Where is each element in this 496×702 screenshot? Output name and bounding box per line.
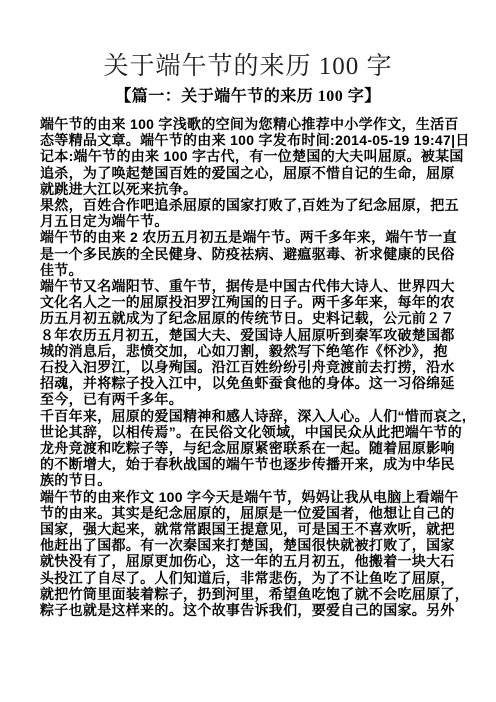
body-line: 龙舟竞渡和吃粽子等，与纪念屈原紧密联系在一起。随着屈原影响 xyxy=(40,440,460,456)
body-line: 就快没有了，屈原更加伤心，这一年的五月初五，他搬着一块大石 xyxy=(40,553,460,569)
body-line: 他赶出了国都。有一次秦国来打楚国，楚国很快就被打败了，国家 xyxy=(40,537,460,553)
body-line: 就把竹筒里面装着粽子，扔到河里，希望鱼吃饱了就不会吃屈原了， xyxy=(40,586,460,602)
document-subtitle: 【篇一：关于端午节的来历 100 字】 xyxy=(0,84,496,108)
body-line: 至今，已有两千多年。 xyxy=(40,391,460,407)
body-line: 佳节。 xyxy=(40,262,460,278)
body-line: 招魂，并将粽子投入江中，以免鱼虾蚕食他的身体。这一习俗绵延 xyxy=(40,375,460,391)
body-line: 头投江了自尽了。人们知道后，非常悲伤，为了不让鱼吃了屈原， xyxy=(40,570,460,586)
body-line: 的不断增大，始于春秋战国的端午节也逐步传播开来，成为中华民 xyxy=(40,456,460,472)
body-line: 态等精品文章。端午节的由来 100 字发布时间:2014-05-19 19:47… xyxy=(40,132,460,148)
body-line: 月五日定为端午节。 xyxy=(40,213,460,229)
body-line: 端午节又名端阳节、重午节，据传是中国古代伟大诗人、世界四大 xyxy=(40,278,460,294)
body-line: 端午节的由来作文 100 字今天是端午节，妈妈让我从电脑上看端午 xyxy=(40,489,460,505)
document-body: 端午节的由来 100 字浅歌的空间为您精心推荐中小学作文，生活百态等精品文章。端… xyxy=(40,116,460,618)
body-line: 千百年来，屈原的爱国精神和感人诗辞，深入人心。人们“惜而哀之, xyxy=(40,408,460,424)
document-page: 关于端午节的来历 100 字 【篇一：关于端午节的来历 100 字】 端午节的由… xyxy=(0,0,496,702)
body-line: 粽子也就是这样来的。这个故事告诉我们，要爱自己的国家。另外 xyxy=(40,602,460,618)
body-line: 追杀，为了唤起楚国百姓的爱国之心，屈原不惜自记的生命，屈原 xyxy=(40,165,460,181)
body-line: 节的由来。其实是纪念屈原的，屈原是一位爱国者，他想让自己的 xyxy=(40,505,460,521)
body-line: 端午节的由来 2 农历五月初五是端午节。两千多年来，端午节一直 xyxy=(40,229,460,245)
body-line: ８年农历五月初五，楚国大夫、爱国诗人屈原听到秦军攻破楚国都 xyxy=(40,327,460,343)
document-title: 关于端午节的来历 100 字 xyxy=(0,0,496,84)
body-line: 记本:端午节的由来 100 字古代，有一位楚国的大夫叫屈原。被某国 xyxy=(40,148,460,164)
body-line: 族的节日。 xyxy=(40,472,460,488)
body-line: 果然，百姓合作吧追杀屈原的国家打败了,百姓为了纪念屈原，把五 xyxy=(40,197,460,213)
body-line: 文化名人之一的屈原投汩罗江殉国的日子。两千多年来，每年的农 xyxy=(40,294,460,310)
body-line: 世论其辞，以相传焉”。在民俗文化领域，中国民众从此把端午节的 xyxy=(40,424,460,440)
body-line: 石投入汩罗江，以身殉国。沿江百姓纷纷引舟竞渡前去打捞，沿水 xyxy=(40,359,460,375)
body-line: 端午节的由来 100 字浅歌的空间为您精心推荐中小学作文，生活百 xyxy=(40,116,460,132)
body-line: 国家，强大起来，就常常跟国王提意见，可是国王不喜欢听，就把 xyxy=(40,521,460,537)
body-line: 历五月初五就成为了纪念屈原的传统节日。史料记载，公元前２７ xyxy=(40,310,460,326)
body-line: 就跳进大江以死来抗争。 xyxy=(40,181,460,197)
body-line: 城的消息后，悲愤交加，心如刀割，毅然写下绝笔作《怀沙》，抱 xyxy=(40,343,460,359)
body-line: 是一个多民族的全民健身、防疫祛病、避瘟驱毒、祈求健康的民俗 xyxy=(40,246,460,262)
